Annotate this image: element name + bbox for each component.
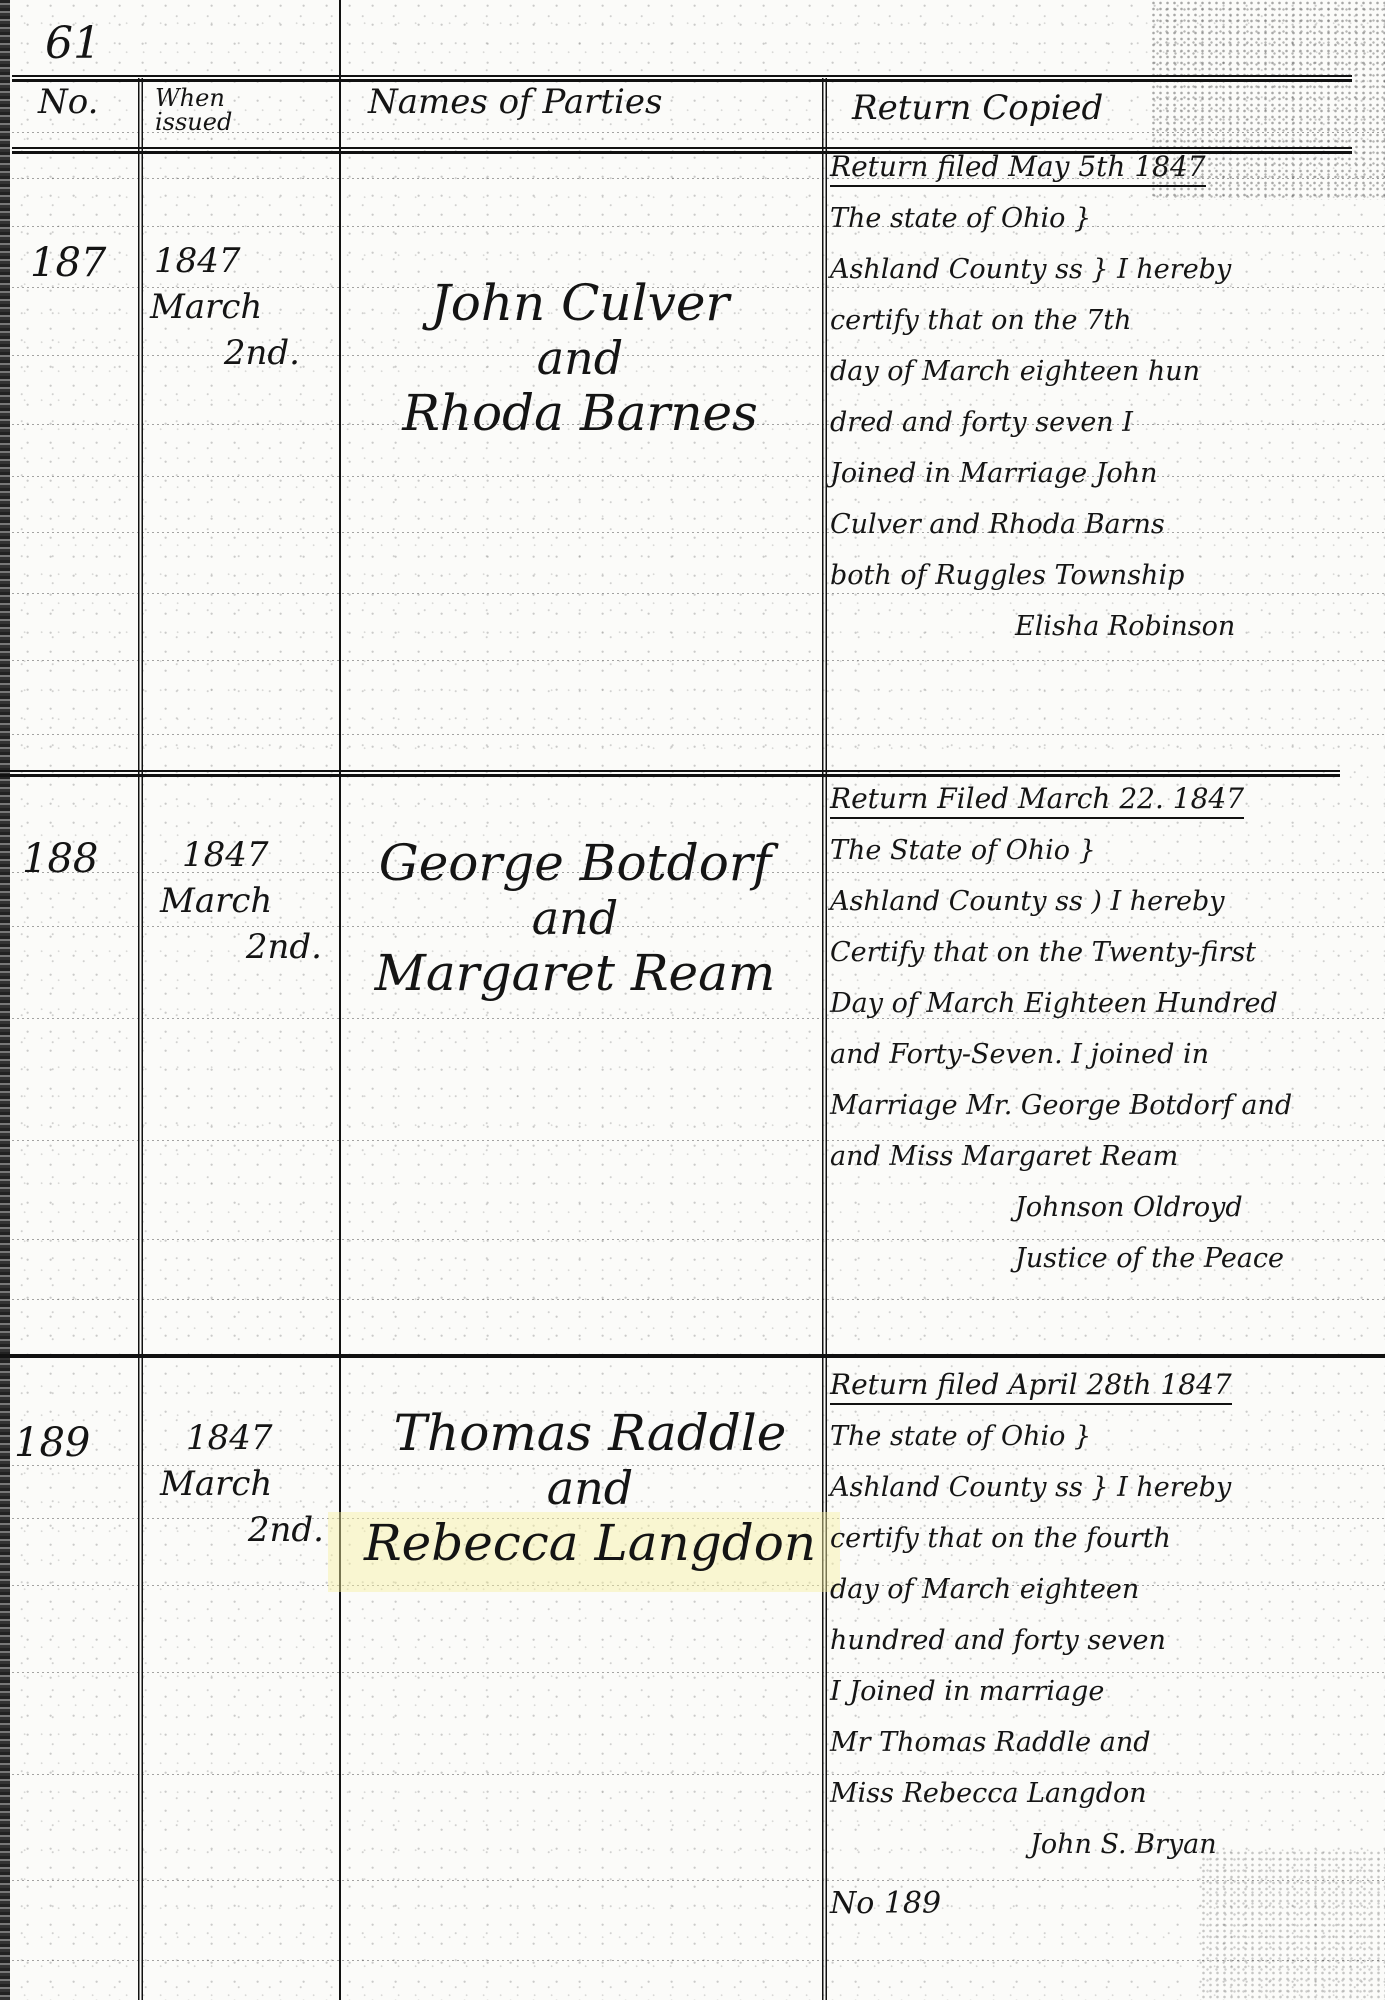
return-filed-date: Return filed April 28th 1847 [830,1368,1232,1405]
return-line: certify that on the 7th [830,295,1370,346]
return-line: dred and forty seven I [830,397,1370,448]
parties: Thomas Raddle and Rebecca Langdon [355,1400,825,1576]
issued-year: 1847 [160,832,330,878]
return-line: Day of March Eighteen Hundred [830,978,1370,1029]
parties: George Botdorf and Margaret Ream [340,830,810,1006]
entry-number: 187 [30,240,106,286]
row-divider-188-189 [0,1354,1385,1358]
return-line: Certify that on the Twenty-first [830,927,1370,978]
return-copy: Return filed April 28th 1847 The state o… [830,1368,1370,1929]
officiant-signature: Elisha Robinson [830,601,1370,652]
officiant-title: Justice of the Peace [830,1233,1370,1284]
officiant-signature: John S. Bryan [830,1819,1370,1870]
officiant-signature: Johnson Oldroyd [830,1182,1370,1233]
page-binding-edge [0,0,10,2000]
return-line: and Miss Margaret Ream [830,1131,1370,1182]
return-filed-date: Return filed May 5th 1847 [830,150,1206,187]
party-groom: John Culver [345,270,815,336]
return-line: Ashland County ss } I hereby [830,1462,1370,1513]
return-copy: Return Filed March 22. 1847 The State of… [830,782,1370,1284]
issued-month: March [150,284,320,330]
issued-date: 1847 March 2nd. [160,1415,330,1553]
party-groom: George Botdorf [340,830,810,896]
return-line: Marriage Mr. George Botdorf and [830,1080,1370,1131]
column-header-return-copied: Return Copied [852,88,1103,128]
column-header-no: No. [38,82,98,122]
column-header-when-issued-line1: When [155,86,232,110]
party-conjunction: and [355,1466,825,1510]
issued-date: 1847 March 2nd. [160,832,330,970]
column-header-when-issued: When issued [155,86,232,134]
party-bride: Rhoda Barnes [345,380,815,446]
return-line: day of March eighteen [830,1564,1370,1615]
return-line: day of March eighteen hun [830,346,1370,397]
return-filed-date: Return Filed March 22. 1847 [830,782,1244,819]
entry-footer-number: No 189 [830,1870,1370,1929]
return-line: The state of Ohio } [830,193,1370,244]
party-bride-highlighted: Rebecca Langdon [355,1510,825,1576]
return-line: certify that on the fourth [830,1513,1370,1564]
return-line: Culver and Rhoda Barns [830,499,1370,550]
issued-month: March [160,1461,330,1507]
column-header-when-issued-line2: issued [155,110,232,134]
party-bride: Margaret Ream [340,940,810,1006]
issued-month: March [160,878,330,924]
return-line: both of Ruggles Township [830,550,1370,601]
return-line: and Forty-Seven. I joined in [830,1029,1370,1080]
column-header-names-of-parties: Names of Parties [368,82,662,122]
party-groom: Thomas Raddle [355,1400,825,1466]
parties: John Culver and Rhoda Barnes [345,270,815,446]
row-divider-187-188 [0,770,1340,777]
column-divider-no [138,78,143,2000]
return-line: The State of Ohio } [830,825,1370,876]
party-conjunction: and [345,336,815,380]
return-line: Miss Rebecca Langdon [830,1768,1370,1819]
return-line: Ashland County ss ) I hereby [830,876,1370,927]
header-top-rule [12,75,1352,82]
return-copy: Return filed May 5th 1847 The state of O… [830,150,1370,652]
issued-year: 1847 [150,238,320,284]
return-line: I Joined in marriage [830,1666,1370,1717]
return-line: The state of Ohio } [830,1411,1370,1462]
issued-year: 1847 [160,1415,330,1461]
issued-day: 2nd. [160,1507,330,1553]
return-line: hundred and forty seven [830,1615,1370,1666]
page-number: 61 [45,18,101,69]
return-line: Mr Thomas Raddle and [830,1717,1370,1768]
party-conjunction: and [340,896,810,940]
issued-date: 1847 March 2nd. [150,238,320,376]
return-line: Joined in Marriage John [830,448,1370,499]
entry-number: 188 [22,836,98,882]
entry-number: 189 [14,1420,90,1466]
return-line: Ashland County ss } I hereby [830,244,1370,295]
column-divider-names [822,78,827,2000]
issued-day: 2nd. [150,330,320,376]
issued-day: 2nd. [160,924,330,970]
